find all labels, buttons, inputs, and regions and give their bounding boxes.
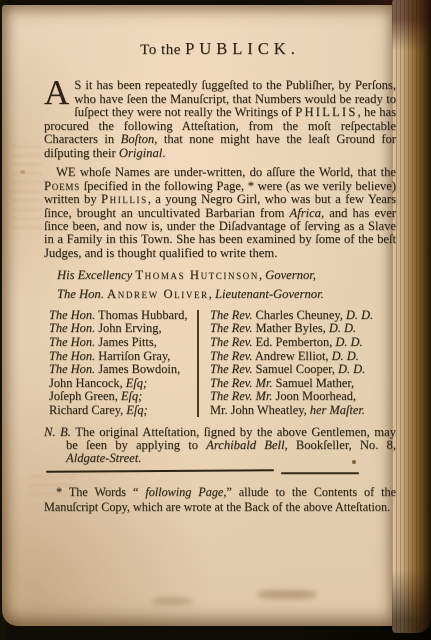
- scan-background: To the PUBLICK. AS it has been repeatedl…: [0, 0, 431, 640]
- attestation-name-right: Mr. John Wheatley, her Maſter.: [196, 404, 396, 418]
- attestation-row: The Hon. Thomas Hubbard,The Rev. Charles…: [44, 309, 396, 323]
- lt-governor-line: The Hon. Andrew Oliver, Lieutenant-Gover…: [44, 288, 396, 301]
- book-edge: [392, 0, 431, 633]
- preface-text: S it has been repeatedly ſuggeſted to th…: [44, 78, 396, 159]
- attestation-row: The Hon. Harriſon Gray,The Rev. Andrew E…: [44, 350, 396, 364]
- attestation-name-right: The Rev. Charles Cheuney, D. D.: [196, 309, 396, 323]
- attestation-row: Joſeph Green, Eſq;The Rev. Mr. Joon Moor…: [44, 390, 396, 404]
- attestation-name-right: The Rev. Samuel Cooper, D. D.: [196, 363, 396, 377]
- nb-note: N. B. The original Atteſtation, ſigned b…: [44, 426, 396, 466]
- section-rule: [44, 470, 396, 472]
- paper-stain: [257, 590, 317, 599]
- attestation-row: The Hon. John Erving,The Rev. Mather Byl…: [44, 322, 396, 336]
- page-title: To the PUBLICK.: [44, 5, 396, 57]
- attestation-row: John Hancock, Eſq;The Rev. Mr. Samuel Ma…: [44, 377, 396, 391]
- column-divider-rule: [197, 310, 199, 417]
- governor-line: His Excellency Thomas Hutcinson, Governo…: [44, 269, 396, 282]
- paper-stain: [152, 597, 192, 605]
- paper-stain: [20, 170, 25, 174]
- rule-segment: [46, 469, 274, 473]
- attestation-row: The Hon. James Pitts,The Rev. Ed. Pember…: [44, 336, 396, 350]
- attestation-name-right: The Rev. Mr. Samuel Mather,: [196, 377, 396, 391]
- rule-segment: [281, 472, 359, 474]
- attestation-name-left: The Hon. Thomas Hubbard,: [44, 309, 196, 323]
- attestation-name-left: Richard Carey, Eſq;: [44, 404, 196, 418]
- attestation-name-left: The Hon. John Erving,: [44, 322, 196, 336]
- attestation-name-right: The Rev. Mather Byles, D. D.: [196, 322, 396, 336]
- footnote: * The Words “ following Page,” allude to…: [44, 485, 396, 514]
- drop-cap: A: [44, 79, 74, 106]
- attestation-list: The Hon. Thomas Hubbard,The Rev. Charles…: [44, 309, 396, 418]
- attestation-name-right: The Rev. Ed. Pemberton, D. D.: [196, 336, 396, 350]
- attestation-name-left: The Hon. Harriſon Gray,: [44, 350, 196, 364]
- attestation-name-left: John Hancock, Eſq;: [44, 377, 196, 391]
- attestation-name-right: The Rev. Andrew Elliot, D. D.: [196, 350, 396, 364]
- attestation-paragraph: WE whoſe Names are under-written, do aſſ…: [44, 166, 396, 260]
- page-content: To the PUBLICK. AS it has been repeatedl…: [44, 5, 396, 514]
- showthrough-smudge: [12, 145, 42, 235]
- attestation-name-left: The Hon. James Bowdoin,: [44, 363, 196, 377]
- preface-paragraph: AS it has been repeatedly ſuggeſted to t…: [44, 79, 396, 160]
- attestation-row: The Hon. James Bowdoin,The Rev. Samuel C…: [44, 363, 396, 377]
- attestation-name-left: The Hon. James Pitts,: [44, 336, 196, 350]
- attestation-name-left: Joſeph Green, Eſq;: [44, 390, 196, 404]
- attestation-row: Richard Carey, Eſq;Mr. John Wheatley, he…: [44, 404, 396, 418]
- attestation-name-right: The Rev. Mr. Joon Moorhead,: [196, 390, 396, 404]
